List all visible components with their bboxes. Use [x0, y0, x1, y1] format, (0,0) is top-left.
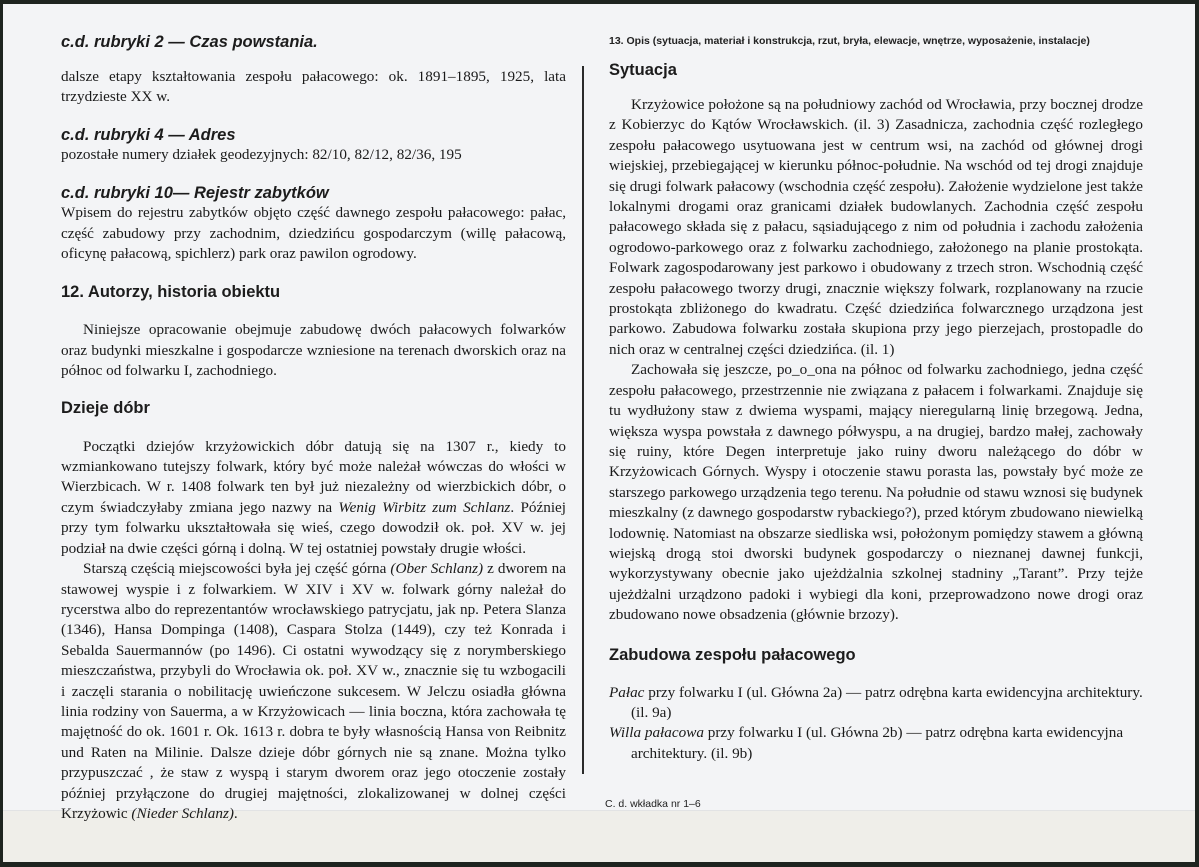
adres-text: pozostałe numery działek geodezyjnych: 8…: [61, 145, 566, 165]
heading-zabudowa-zespolu: Zabudowa zespołu pałacowego: [609, 645, 1143, 665]
right-column: 13. Opis (sytuacja, materiał i konstrukc…: [609, 34, 1143, 764]
heading-dzieje-dobr: Dzieje dóbr: [61, 398, 566, 418]
czas-powstania-text: dalsze etapy kształtowania zespołu pałac…: [61, 67, 566, 108]
heading-rejestr-zabytkow: c.d. rubryki 10— Rejestr zabytków: [61, 183, 566, 203]
dzieje-paragraph-1: Początki dziejów krzyżowickich dóbr datu…: [61, 437, 566, 559]
zabudowa-item-willa: Willa pałacowa przy folwarku I (ul. Głów…: [609, 723, 1143, 764]
sytuacja-paragraph-1: Krzyżowice położone są na południowy zac…: [609, 95, 1143, 360]
document-page: c.d. rubryki 2 — Czas powstania. dalsze …: [3, 4, 1195, 862]
heading-sytuacja: Sytuacja: [609, 60, 1143, 80]
heading-czas-powstania: c.d. rubryki 2 — Czas powstania.: [61, 32, 566, 52]
autorzy-text: Niniejsze opracowanie obejmuje zabudowę …: [61, 320, 566, 381]
zabudowa-item-palac: Pałac przy folwarku I (ul. Główna 2a) — …: [609, 683, 1143, 724]
dzieje-paragraph-2: Starszą częścią miejscowości była jej cz…: [61, 559, 566, 824]
heading-adres: c.d. rubryki 4 — Adres: [61, 125, 566, 145]
rejestr-zabytkow-text: Wpisem do rejestru zabytków objęto część…: [61, 203, 566, 264]
column-divider: [582, 66, 584, 774]
sytuacja-paragraph-2: Zachowała się jeszcze, po_o_ona na półno…: [609, 360, 1143, 625]
heading-autorzy-historia: 12. Autorzy, historia obiektu: [61, 282, 566, 302]
page-footer-note: C. d. wkładka nr 1–6: [605, 798, 701, 810]
section-13-title: 13. Opis (sytuacja, materiał i konstrukc…: [609, 34, 1143, 48]
left-column: c.d. rubryki 2 — Czas powstania. dalsze …: [61, 32, 566, 824]
